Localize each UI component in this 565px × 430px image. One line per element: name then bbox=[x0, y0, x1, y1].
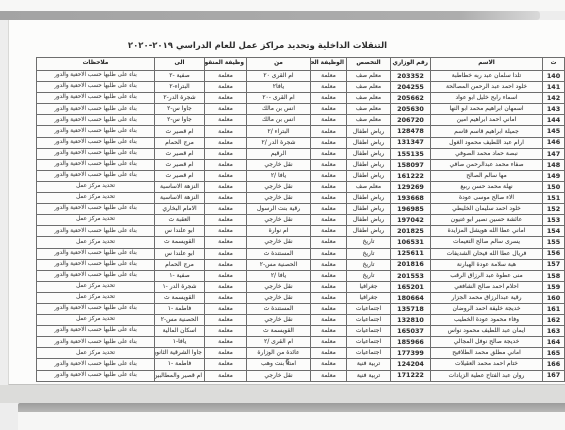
current-job-cell: معلمة bbox=[311, 159, 347, 170]
specialization-cell: اجتماعيات bbox=[347, 326, 391, 337]
current-job-cell: معلمة bbox=[311, 82, 347, 93]
name-cell: ارام عبد اللطيف محمود الغول bbox=[431, 137, 543, 148]
notes-cell: بناء على طلبها حسب الاحقية والدور bbox=[37, 226, 155, 237]
new-job-cell: معلمة bbox=[205, 281, 247, 292]
serial-cell: 154 bbox=[543, 226, 565, 237]
name-cell: هبة سلامة عودة الهبارنة bbox=[431, 259, 543, 270]
notes-cell: بناء على طلبها حسب الاحقية والدور bbox=[37, 337, 155, 348]
ministry-number-cell: 135718 bbox=[391, 303, 431, 314]
to-school-cell: البتراء-٢ bbox=[155, 82, 205, 93]
serial-cell: 162 bbox=[543, 315, 565, 326]
table-row: 154اماني عطا الله هويشل المزايدة201825ري… bbox=[37, 226, 565, 237]
to-school-cell: القويسمة ث bbox=[155, 292, 205, 303]
name-cell: اماني عطا الله هويشل المزايدة bbox=[431, 226, 543, 237]
table-row: 147نبصة حماد محمد الصوفي155135رياض اطفال… bbox=[37, 148, 565, 159]
from-school-cell: المستندة ث bbox=[247, 248, 311, 259]
ministry-number-cell: 165201 bbox=[391, 281, 431, 292]
to-school-cell: العقبة ث bbox=[155, 215, 205, 226]
ministry-number-cell: 132810 bbox=[391, 315, 431, 326]
to-school-cell: الحصنية مس-٢ bbox=[155, 315, 205, 326]
current-job-cell: معلمة bbox=[311, 248, 347, 259]
table-row: 155يسرى سالم صالح التعيمات106531تاريخمعل… bbox=[37, 237, 565, 248]
from-school-cell: انس بن مالك bbox=[247, 104, 311, 115]
new-job-cell: معلمة bbox=[205, 115, 247, 126]
table-row: 157هبة سلامة عودة الهبارنة201816تاريخمعل… bbox=[37, 259, 565, 270]
from-school-cell: شجرة الدر /٢ bbox=[247, 137, 311, 148]
table-row: 149مها سالم الصالح161222رياض اطفالمعلمةي… bbox=[37, 170, 565, 181]
specialization-cell: معلم صف bbox=[347, 115, 391, 126]
table-row: 140تلدا سلمان عبد ربه خطاطبة203352معلم ص… bbox=[37, 71, 565, 82]
name-cell: فريال عطا الله فيحان الشديفات bbox=[431, 248, 543, 259]
to-school-cell: جاوا س-٢ bbox=[155, 104, 205, 115]
new-job-cell: معلمة bbox=[205, 315, 247, 326]
table-row: 143اسمهان ابراهيم محمد ابو النها205630مع… bbox=[37, 104, 565, 115]
specialization-cell: تاريخ bbox=[347, 237, 391, 248]
column-header: ت bbox=[543, 58, 565, 71]
new-job-cell: معلمة bbox=[205, 270, 247, 281]
to-school-cell: ام قصير ث bbox=[155, 148, 205, 159]
ministry-number-cell: 125611 bbox=[391, 248, 431, 259]
current-job-cell: معلمة bbox=[311, 315, 347, 326]
new-job-cell: معلمة bbox=[205, 71, 247, 82]
name-cell: رقية عبدالرزاق محمد الجزار bbox=[431, 292, 543, 303]
table-row: 160رقية عبدالرزاق محمد الجزار180664جغراف… bbox=[37, 292, 565, 303]
current-job-cell: معلمة bbox=[311, 303, 347, 314]
table-row: 150نهلة محمد حسن ربيع129269معلم صفمعلمةن… bbox=[37, 181, 565, 192]
name-cell: صفاء محمد عبدالرحمن صافي bbox=[431, 159, 543, 170]
serial-cell: 155 bbox=[543, 237, 565, 248]
to-school-cell: ام قصير ث bbox=[155, 126, 205, 137]
notes-cell: بناء على طلبها حسب الاحقية والدور bbox=[37, 159, 155, 170]
notes-cell: بناء على طلبها حسب الاحقية والدور bbox=[37, 270, 155, 281]
to-school-cell: مرج الحمام bbox=[155, 259, 205, 270]
specialization-cell: معلم صف bbox=[347, 71, 391, 82]
from-school-cell: انس بن مالك bbox=[247, 115, 311, 126]
ministry-number-cell: 185966 bbox=[391, 337, 431, 348]
table-row: 148صفاء محمد عبدالرحمن صافي158097رياض اط… bbox=[37, 159, 565, 170]
new-job-cell: معلمة bbox=[205, 181, 247, 192]
from-school-cell: ام نوارة bbox=[247, 226, 311, 237]
to-school-cell: ام قصير ث bbox=[155, 159, 205, 170]
to-school-cell: صفية -١ bbox=[155, 270, 205, 281]
specialization-cell: رياض اطفال bbox=[347, 126, 391, 137]
specialization-cell: تاريخ bbox=[347, 248, 391, 259]
name-cell: ايمان عبد اللطيف محمود نواس bbox=[431, 326, 543, 337]
name-cell: جميلة ابراهيم قاسم قاسم bbox=[431, 126, 543, 137]
table-row: 158منى عطوة عبد الرزاق الرقب201553تاريخم… bbox=[37, 270, 565, 281]
from-school-cell: القويسمة ث bbox=[247, 326, 311, 337]
next-page bbox=[18, 403, 565, 430]
notes-cell: تحديد مركز عمل bbox=[37, 215, 155, 226]
ministry-number-cell: 204255 bbox=[391, 82, 431, 93]
ministry-number-cell: 193668 bbox=[391, 193, 431, 204]
new-job-cell: معلمة bbox=[205, 292, 247, 303]
specialization-cell: اجتماعيات bbox=[347, 315, 391, 326]
new-job-cell: معلمة bbox=[205, 259, 247, 270]
page-gap bbox=[0, 385, 565, 403]
ministry-number-cell: 171222 bbox=[391, 370, 431, 381]
table-row: 161خديجة خليفة احمد الروضان135718اجتماعي… bbox=[37, 303, 565, 314]
specialization-cell: رياض اطفال bbox=[347, 170, 391, 181]
table-row: 151الاء صالح موسى عودة193668رياض اطفالمع… bbox=[37, 193, 565, 204]
new-job-cell: معلمة bbox=[205, 170, 247, 181]
new-job-cell: معلمة bbox=[205, 337, 247, 348]
name-cell: خديجة خليفة احمد الروضان bbox=[431, 303, 543, 314]
notes-cell: بناء على طلبها حسب الاحقية والدور bbox=[37, 71, 155, 82]
serial-cell: 157 bbox=[543, 259, 565, 270]
to-school-cell: ام قصير والمطالبين الاساسية bbox=[155, 370, 205, 381]
new-job-cell: معلمة bbox=[205, 126, 247, 137]
to-school-cell: فاطمة -١ bbox=[155, 303, 205, 314]
notes-cell: بناء على طلبها حسب الاحقية والدور bbox=[37, 93, 155, 104]
new-job-cell: معلمة bbox=[205, 226, 247, 237]
name-cell: اماني احمد ابراهيم امين bbox=[431, 115, 543, 126]
from-school-cell: البتراء /٢ bbox=[247, 126, 311, 137]
column-header: الى bbox=[155, 58, 205, 71]
current-job-cell: معلمة bbox=[311, 281, 347, 292]
ministry-number-cell: 201553 bbox=[391, 270, 431, 281]
from-school-cell: ام القرى ٢٠ bbox=[247, 71, 311, 82]
ministry-number-cell: 201816 bbox=[391, 259, 431, 270]
current-job-cell: معلمة bbox=[311, 259, 347, 270]
serial-cell: 151 bbox=[543, 193, 565, 204]
table-row: 164خديجة صالح نوفل المجالي185966اجتماعيا… bbox=[37, 337, 565, 348]
ministry-number-cell: 205630 bbox=[391, 104, 431, 115]
name-cell: خلود احمد عبد الرحمن المصالحة bbox=[431, 82, 543, 93]
ministry-number-cell: 106531 bbox=[391, 237, 431, 248]
notes-cell: بناء على طلبها حسب الاحقية والدور bbox=[37, 259, 155, 270]
current-job-cell: معلمة bbox=[311, 226, 347, 237]
serial-cell: 156 bbox=[543, 248, 565, 259]
current-job-cell: معلمة bbox=[311, 270, 347, 281]
specialization-cell: معلم صف bbox=[347, 104, 391, 115]
ministry-number-cell: 128478 bbox=[391, 126, 431, 137]
from-school-cell: الرقيم bbox=[247, 148, 311, 159]
current-job-cell: معلمة bbox=[311, 170, 347, 181]
from-school-cell: يافا /٢ bbox=[247, 170, 311, 181]
specialization-cell: تربية فنية bbox=[347, 370, 391, 381]
serial-cell: 141 bbox=[543, 82, 565, 93]
new-job-cell: معلمة bbox=[205, 248, 247, 259]
to-school-cell: القويسمة ث bbox=[155, 237, 205, 248]
serial-cell: 150 bbox=[543, 181, 565, 192]
current-job-cell: معلمة bbox=[311, 71, 347, 82]
to-school-cell: النزهة الاساسية bbox=[155, 181, 205, 192]
name-cell: يسرى سالم صالح التعيمات bbox=[431, 237, 543, 248]
to-school-cell: شجرة الدر-٢ bbox=[155, 93, 205, 104]
specialization-cell: جغرافيا bbox=[347, 281, 391, 292]
from-school-cell: نقل خارجي bbox=[247, 215, 311, 226]
serial-cell: 140 bbox=[543, 71, 565, 82]
to-school-cell: ابو علندا س bbox=[155, 226, 205, 237]
notes-cell: بناء على طلبها حسب الاحقية والدور bbox=[37, 326, 155, 337]
current-job-cell: معلمة bbox=[311, 137, 347, 148]
current-job-cell: معلمة bbox=[311, 148, 347, 159]
new-job-cell: معلمة bbox=[205, 148, 247, 159]
name-cell: نبصة حماد محمد الصوفي bbox=[431, 148, 543, 159]
from-school-cell: ام القرى -٢٠ bbox=[247, 93, 311, 104]
new-job-cell: معلمة bbox=[205, 193, 247, 204]
to-school-cell: يافا-١ bbox=[155, 337, 205, 348]
specialization-cell: تاريخ bbox=[347, 270, 391, 281]
column-header: من bbox=[247, 58, 311, 71]
ministry-number-cell: 196985 bbox=[391, 204, 431, 215]
notes-cell: بناء على طلبها حسب الاحقية والدور bbox=[37, 137, 155, 148]
name-cell: عائشة حسين نصير ابو غنيون bbox=[431, 215, 543, 226]
document-page: التنقلات الداخلية وتحديد مراكز عمل للعام… bbox=[8, 20, 565, 385]
notes-cell: تحديد مركز عمل bbox=[37, 237, 155, 248]
notes-cell: بناء على طلبها حسب الاحقية والدور bbox=[37, 170, 155, 181]
serial-cell: 148 bbox=[543, 159, 565, 170]
current-job-cell: معلمة bbox=[311, 292, 347, 303]
serial-cell: 159 bbox=[543, 281, 565, 292]
column-header: الاسم bbox=[431, 58, 543, 71]
new-job-cell: معلمة bbox=[205, 159, 247, 170]
from-school-cell: نقل خارجي bbox=[247, 370, 311, 381]
name-cell: منى عطوة عبد الرزاق الرقب bbox=[431, 270, 543, 281]
current-job-cell: معلمة bbox=[311, 93, 347, 104]
ministry-number-cell: 203352 bbox=[391, 71, 431, 82]
serial-cell: 164 bbox=[543, 337, 565, 348]
new-job-cell: معلمة bbox=[205, 215, 247, 226]
column-header: رقم الوزاري bbox=[391, 58, 431, 71]
current-job-cell: معلمة bbox=[311, 237, 347, 248]
from-school-cell: نقل خارجي bbox=[247, 159, 311, 170]
name-cell: وفاء محمود عودة الخطيب bbox=[431, 315, 543, 326]
table-row: 141خلود احمد عبد الرحمن المصالحة204255مع… bbox=[37, 82, 565, 93]
from-school-cell: يافا /٢ bbox=[247, 270, 311, 281]
new-job-cell: معلمة bbox=[205, 237, 247, 248]
column-header: ملاحظات bbox=[37, 58, 155, 71]
current-job-cell: معلمة bbox=[311, 204, 347, 215]
notes-cell: بناء على طلبها حسب الاحقية والدور bbox=[37, 115, 155, 126]
to-school-cell: ام قصير ث bbox=[155, 170, 205, 181]
to-school-cell: مرج الحمام bbox=[155, 137, 205, 148]
to-school-cell: ابو علندا س bbox=[155, 248, 205, 259]
serial-cell: 144 bbox=[543, 115, 565, 126]
column-header: وظيفة المنقول اليها bbox=[205, 58, 247, 71]
specialization-cell: اجتماعيات bbox=[347, 337, 391, 348]
name-cell: مها سالم الصالح bbox=[431, 170, 543, 181]
page-title: التنقلات الداخلية وتحديد مراكز عمل للعام… bbox=[9, 41, 506, 51]
from-school-cell: نقل خارجي bbox=[247, 292, 311, 303]
serial-cell: 147 bbox=[543, 148, 565, 159]
name-cell: احلام احمد صالح الشافعي bbox=[431, 281, 543, 292]
new-job-cell: معلمة bbox=[205, 204, 247, 215]
serial-cell: 142 bbox=[543, 93, 565, 104]
ministry-number-cell: 158097 bbox=[391, 159, 431, 170]
new-job-cell: معلمة bbox=[205, 303, 247, 314]
specialization-cell: اجتماعيات bbox=[347, 303, 391, 314]
specialization-cell: رياض اطفال bbox=[347, 159, 391, 170]
specialization-cell: تاريخ bbox=[347, 259, 391, 270]
ministry-number-cell: 165037 bbox=[391, 326, 431, 337]
table-row: 152خلود احمد سليمان الخليطي196985رياض اط… bbox=[37, 204, 565, 215]
current-job-cell: معلمة bbox=[311, 126, 347, 137]
serial-cell: 146 bbox=[543, 137, 565, 148]
from-school-cell: الحصنية مس-٢ bbox=[247, 259, 311, 270]
from-school-cell: نقل خارجي bbox=[247, 237, 311, 248]
column-header: التخصص bbox=[347, 58, 391, 71]
table-row: 146ارام عبد اللطيف محمود الغول131347رياض… bbox=[37, 137, 565, 148]
serial-cell: 160 bbox=[543, 292, 565, 303]
to-school-cell: جاوا س-٢ bbox=[155, 115, 205, 126]
notes-cell: بناء على طلبها حسب الاحقية والدور bbox=[37, 248, 155, 259]
from-school-cell: نقل خارجي bbox=[247, 181, 311, 192]
specialization-cell: رياض اطفال bbox=[347, 148, 391, 159]
notes-cell: بناء على طلبها حسب الاحقية والدور bbox=[37, 303, 155, 314]
table-row: 145جميلة ابراهيم قاسم قاسم128478رياض اطف… bbox=[37, 126, 565, 137]
current-job-cell: معلمة bbox=[311, 215, 347, 226]
specialization-cell: معلم صف bbox=[347, 82, 391, 93]
ministry-number-cell: 206720 bbox=[391, 115, 431, 126]
name-cell: نهلة محمد حسن ربيع bbox=[431, 181, 543, 192]
serial-cell: 149 bbox=[543, 170, 565, 181]
table-row: 163ايمان عبد اللطيف محمود نواس165037اجتم… bbox=[37, 326, 565, 337]
table-row: 162وفاء محمود عودة الخطيب132810اجتماعيات… bbox=[37, 315, 565, 326]
current-job-cell: معلمة bbox=[311, 326, 347, 337]
to-school-cell: اسكان المالية bbox=[155, 326, 205, 337]
current-job-cell: معلمة bbox=[311, 370, 347, 381]
current-job-cell: معلمة bbox=[311, 193, 347, 204]
ministry-number-cell: 155135 bbox=[391, 148, 431, 159]
current-job-cell: معلمة bbox=[311, 115, 347, 126]
ministry-number-cell: 205662 bbox=[391, 93, 431, 104]
serial-cell: 167 bbox=[543, 370, 565, 381]
notes-cell: بناء على طلبها حسب الاحقية والدور bbox=[37, 370, 155, 381]
name-cell: اسمهان ابراهيم محمد ابو النها bbox=[431, 104, 543, 115]
current-job-cell: معلمة bbox=[311, 104, 347, 115]
notes-cell: تحديد مركز عمل bbox=[37, 181, 155, 192]
ministry-number-cell: 129269 bbox=[391, 181, 431, 192]
from-school-cell: يافا٢ bbox=[247, 82, 311, 93]
name-cell: اسماء رابح خليل ابو عواد bbox=[431, 93, 543, 104]
specialization-cell: رياض اطفال bbox=[347, 215, 391, 226]
specialization-cell: رياض اطفال bbox=[347, 137, 391, 148]
new-job-cell: معلمة bbox=[205, 82, 247, 93]
name-cell: خلود احمد سليمان الخليطي bbox=[431, 204, 543, 215]
new-job-cell: معلمة bbox=[205, 93, 247, 104]
to-school-cell: صفية -٢ bbox=[155, 71, 205, 82]
name-cell: الاء صالح موسى عودة bbox=[431, 193, 543, 204]
serial-cell: 161 bbox=[543, 303, 565, 314]
table-row: 153عائشة حسين نصير ابو غنيون197042رياض ا… bbox=[37, 215, 565, 226]
notes-cell: بناء على طلبها حسب الاحقية والدور bbox=[37, 82, 155, 93]
current-job-cell: معلمة bbox=[311, 181, 347, 192]
name-cell: خديجة صالح نوفل المجالي bbox=[431, 337, 543, 348]
from-school-cell: ام القرى /٢ bbox=[247, 337, 311, 348]
notes-cell: تحديد مركز عمل bbox=[37, 315, 155, 326]
serial-cell: 143 bbox=[543, 104, 565, 115]
serial-cell: 145 bbox=[543, 126, 565, 137]
specialization-cell: معلم صف bbox=[347, 181, 391, 192]
new-job-cell: معلمة bbox=[205, 326, 247, 337]
next-page-top-edge bbox=[18, 403, 565, 412]
notes-cell: بناء على طلبها حسب الاحقية والدور bbox=[37, 148, 155, 159]
specialization-cell: رياض اطفال bbox=[347, 193, 391, 204]
header-row: تالاسمرقم الوزاريالتخصصالوظيفة الحاليةمن… bbox=[37, 58, 565, 71]
table-row: 167روان عبد الفتاح عطية الزيادات171222تر… bbox=[37, 370, 565, 381]
notes-cell: بناء على طلبها حسب الاحقية والدور bbox=[37, 126, 155, 137]
table-row: 159احلام احمد صالح الشافعي165201جغرافيام… bbox=[37, 281, 565, 292]
table-row: 142اسماء رابح خليل ابو عواد205662معلم صف… bbox=[37, 93, 565, 104]
from-school-cell: نقل خارجي bbox=[247, 281, 311, 292]
ministry-number-cell: 161222 bbox=[391, 170, 431, 181]
column-header: الوظيفة الحالية bbox=[311, 58, 347, 71]
from-school-cell: نقل خارجي bbox=[247, 315, 311, 326]
previous-page-edge bbox=[0, 11, 540, 20]
specialization-cell: جغرافيا bbox=[347, 292, 391, 303]
table-row: 156فريال عطا الله فيحان الشديفات125611تا… bbox=[37, 248, 565, 259]
notes-cell: تحديد مركز عمل bbox=[37, 281, 155, 292]
serial-cell: 152 bbox=[543, 204, 565, 215]
ministry-number-cell: 197042 bbox=[391, 215, 431, 226]
new-job-cell: معلمة bbox=[205, 104, 247, 115]
specialization-cell: رياض اطفال bbox=[347, 204, 391, 215]
transfers-table: تالاسمرقم الوزاريالتخصصالوظيفة الحاليةمن… bbox=[36, 57, 565, 382]
new-job-cell: معلمة bbox=[205, 370, 247, 381]
notes-cell: بناء على طلبها حسب الاحقية والدور bbox=[37, 204, 155, 215]
name-cell: تلدا سلمان عبد ربه خطاطبة bbox=[431, 71, 543, 82]
to-school-cell: النزهة الاساسية bbox=[155, 193, 205, 204]
specialization-cell: رياض اطفال bbox=[347, 226, 391, 237]
serial-cell: 153 bbox=[543, 215, 565, 226]
serial-cell: 163 bbox=[543, 326, 565, 337]
to-school-cell: شجرة الدر -١ bbox=[155, 281, 205, 292]
scan-top-margin bbox=[0, 0, 565, 11]
ministry-number-cell: 131347 bbox=[391, 137, 431, 148]
page-number: 6 bbox=[9, 358, 565, 366]
from-school-cell: نقل خارجي bbox=[247, 193, 311, 204]
serial-cell: 158 bbox=[543, 270, 565, 281]
notes-cell: تحديد مركز عمل bbox=[37, 193, 155, 204]
table-row: 144اماني احمد ابراهيم امين206720معلم صفم… bbox=[37, 115, 565, 126]
notes-cell: بناء على طلبها حسب الاحقية والدور bbox=[37, 104, 155, 115]
ministry-number-cell: 180664 bbox=[391, 292, 431, 303]
to-school-cell: الامام البخاري bbox=[155, 204, 205, 215]
specialization-cell: معلم صف bbox=[347, 93, 391, 104]
notes-cell: تحديد مركز عمل bbox=[37, 292, 155, 303]
ministry-number-cell: 201825 bbox=[391, 226, 431, 237]
from-school-cell: المستندة ث bbox=[247, 303, 311, 314]
name-cell: روان عبد الفتاح عطية الزيادات bbox=[431, 370, 543, 381]
from-school-cell: رقية بنت الرسول bbox=[247, 204, 311, 215]
current-job-cell: معلمة bbox=[311, 337, 347, 348]
new-job-cell: معلمة bbox=[205, 137, 247, 148]
